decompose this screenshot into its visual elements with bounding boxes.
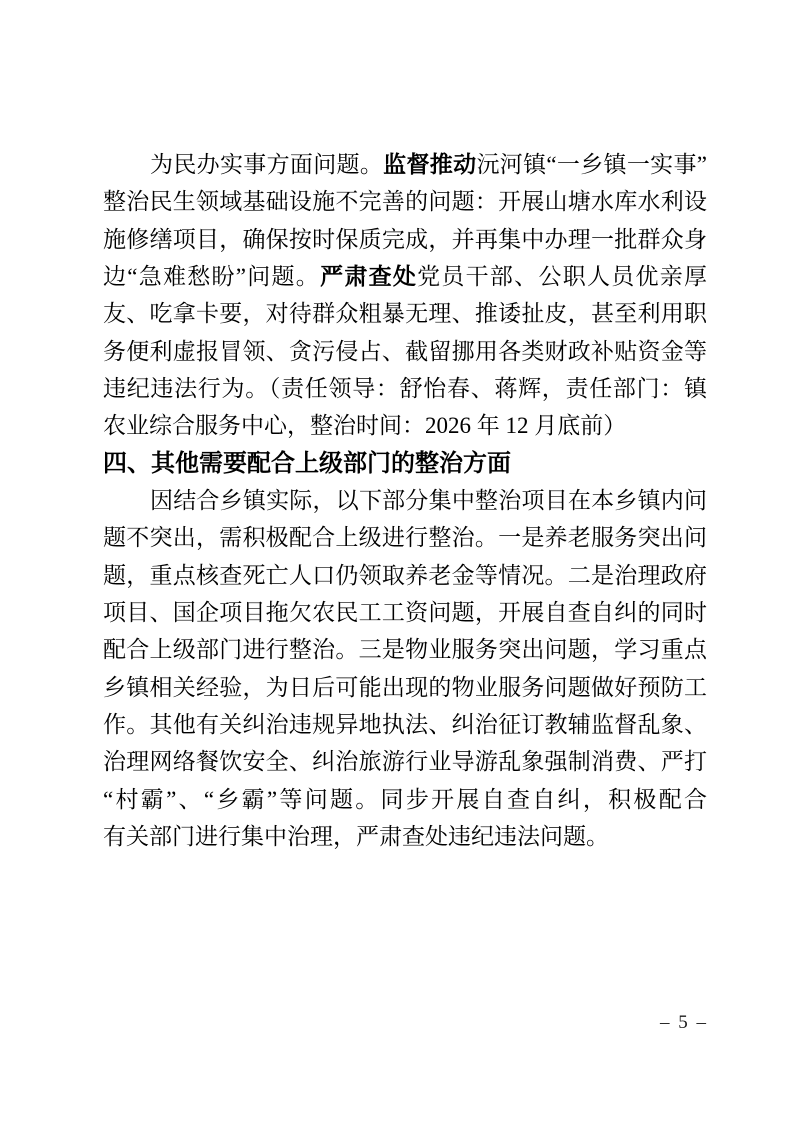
body-line-3: 施修缮项目，确保按时保质完成，并再集中办理一批群众身 xyxy=(103,221,707,258)
body-line-19: 有关部门进行集中治理，严肃查处违纪违法问题。 xyxy=(103,818,707,855)
body-line-17: 治理网络餐饮安全、纠治旅游行业导游乱象强制消费、严打 xyxy=(103,743,707,780)
page-number: – 5 – xyxy=(660,1012,708,1034)
body-text: 党员干部、公职人员优亲厚 xyxy=(417,264,707,289)
body-line-18: “村霸”、“乡霸”等问题。同步开展自查自纠，积极配合 xyxy=(103,781,707,818)
body-line-10: 因结合乡镇实际，以下部分集中整治项目在本乡镇内问 xyxy=(103,482,707,519)
body-line-5: 友、吃拿卡要，对待群众粗暴无理、推诿扯皮，甚至利用职 xyxy=(103,295,707,332)
body-line-13: 项目、国企项目拖欠农民工工资问题，开展自查自纠的同时 xyxy=(103,594,707,631)
emphasis-run: 监督推动 xyxy=(383,151,476,177)
section-heading: 四、其他需要配合上级部门的整治方面 xyxy=(103,445,707,482)
body-line-11: 题不突出，需积极配合上级进行整治。一是养老服务突出问 xyxy=(103,519,707,556)
body-line-2: 整治民生领域基础设施不完善的问题：开展山塘水库水利设 xyxy=(103,183,707,220)
document-body: 为民办实事方面问题。监督推动沅河镇“一乡镇一实事” 整治民生领域基础设施不完善的… xyxy=(103,146,707,855)
body-line-1: 为民办实事方面问题。监督推动沅河镇“一乡镇一实事” xyxy=(103,146,707,183)
body-text: 沅河镇“一乡镇一实事” xyxy=(476,152,707,177)
body-line-4: 边“急难愁盼”问题。严肃查处党员干部、公职人员优亲厚 xyxy=(103,258,707,295)
body-line-8: 农业综合服务中心，整治时间：2026 年 12 月底前） xyxy=(103,407,707,444)
body-text: 为民办实事方面问题。 xyxy=(150,152,383,177)
body-text: 边“急难愁盼”问题。 xyxy=(103,264,320,289)
body-line-6: 务便利虚报冒领、贪污侵占、截留挪用各类财政补贴资金等 xyxy=(103,333,707,370)
body-line-12: 题，重点核查死亡人口仍领取养老金等情况。二是治理政府 xyxy=(103,557,707,594)
body-line-15: 乡镇相关经验，为日后可能出现的物业服务问题做好预防工 xyxy=(103,669,707,706)
body-line-16: 作。其他有关纠治违规异地执法、纠治征订教辅监督乱象、 xyxy=(103,706,707,743)
body-line-14: 配合上级部门进行整治。三是物业服务突出问题，学习重点 xyxy=(103,631,707,668)
emphasis-run: 严肃查处 xyxy=(320,263,417,289)
body-line-7: 违纪违法行为。（责任领导：舒怡春、蒋辉，责任部门：镇 xyxy=(103,370,707,407)
document-page: 为民办实事方面问题。监督推动沅河镇“一乡镇一实事” 整治民生领域基础设施不完善的… xyxy=(0,0,793,1122)
